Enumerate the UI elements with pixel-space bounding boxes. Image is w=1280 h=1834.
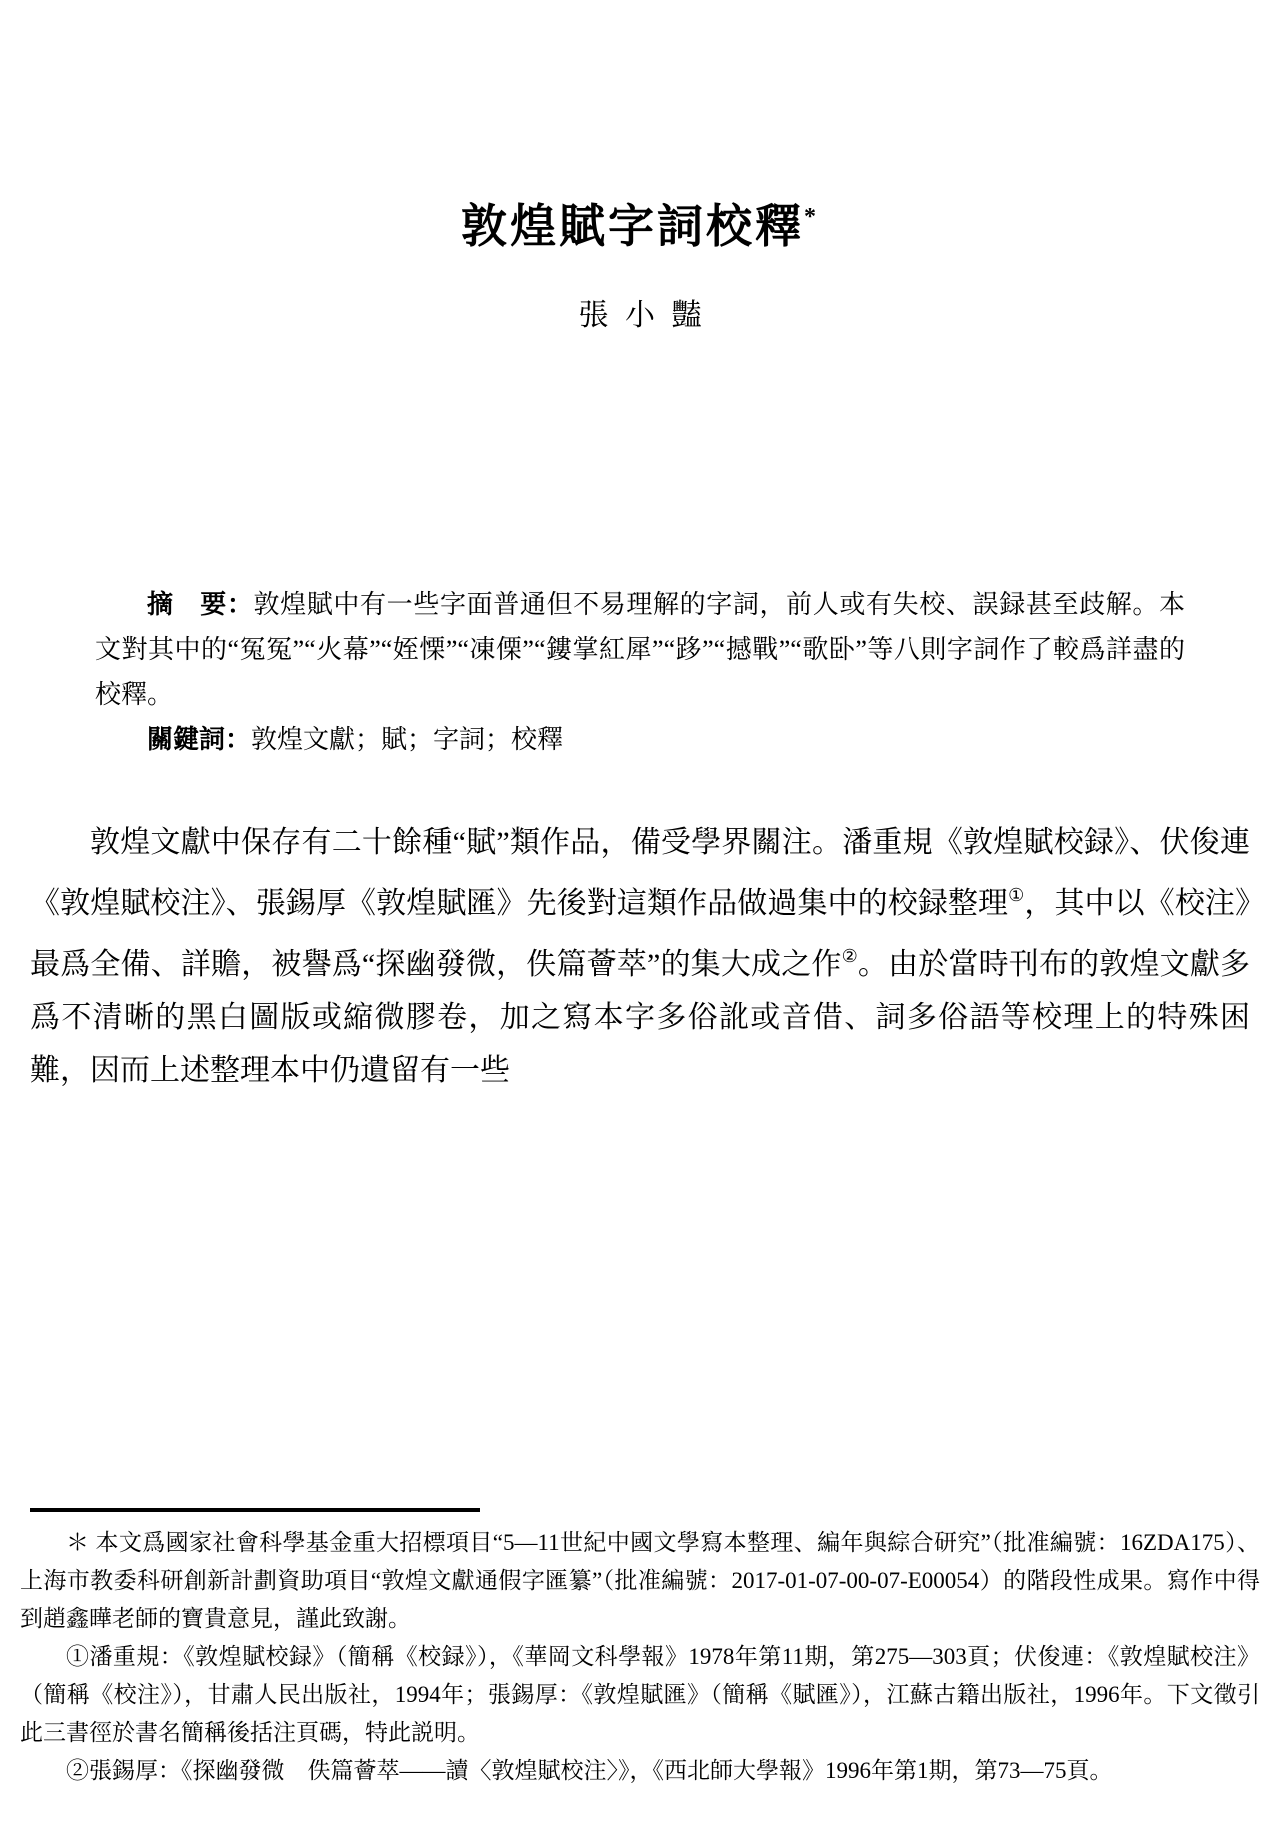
footnote-ref-2: ② <box>842 946 858 966</box>
keywords-text: 敦煌文獻；賦；字詞；校釋 <box>251 725 563 754</box>
footnote-star-text: 本文爲國家社會科學基金重大招標項目“5—11世紀中國文學寫本整理、編年與綜合研究… <box>20 1530 1260 1631</box>
abstract-block: 摘 要：敦煌賦中有一些字面普通但不易理解的字詞，前人或有失校、誤録甚至歧解。本文… <box>95 582 1185 762</box>
page-title: 敦煌賦字詞校釋* <box>0 190 1280 256</box>
footnotes-block: ＊ 本文爲國家社會科學基金重大招標項目“5—11世紀中國文學寫本整理、編年與綜合… <box>20 1524 1260 1790</box>
abstract-paragraph: 摘 要：敦煌賦中有一些字面普通但不易理解的字詞，前人或有失校、誤録甚至歧解。本文… <box>95 582 1185 717</box>
footnote-ref-1: ① <box>1008 885 1024 905</box>
title-footnote-marker: * <box>804 204 819 230</box>
paper-page: 敦煌賦字詞校釋* 張小豔 摘 要：敦煌賦中有一些字面普通但不易理解的字詞，前人或… <box>0 0 1280 1834</box>
keywords-paragraph: 關鍵詞：敦煌文獻；賦；字詞；校釋 <box>95 717 1185 762</box>
footnote-1: ①潘重規：《敦煌賦校録》（簡稱《校録》），《華岡文科學報》1978年第11期，第… <box>20 1638 1260 1752</box>
footnote-2: ②張錫厚：《探幽發微 佚篇薈萃——讀〈敦煌賦校注〉》，《西北師大學報》1996年… <box>20 1752 1260 1790</box>
body-text-block: 敦煌文獻中保存有二十餘種“賦”類作品，備受學界關注。潘重規《敦煌賦校録》、伏俊連… <box>30 816 1250 1097</box>
footnote-2-marker: ② <box>66 1758 89 1783</box>
footnote-1-marker: ① <box>66 1644 89 1669</box>
footnote-1-text: 潘重規：《敦煌賦校録》（簡稱《校録》），《華岡文科學報》1978年第11期，第2… <box>20 1644 1260 1745</box>
body-paragraph: 敦煌文獻中保存有二十餘種“賦”類作品，備受學界關注。潘重規《敦煌賦校録》、伏俊連… <box>30 816 1250 1097</box>
footnote-star-marker: ＊ <box>66 1530 89 1555</box>
footnote-2-text: 張錫厚：《探幽發微 佚篇薈萃——讀〈敦煌賦校注〉》，《西北師大學報》1996年第… <box>89 1758 1113 1783</box>
author-name: 張小豔 <box>0 290 1280 334</box>
abstract-label: 摘 要： <box>147 590 254 619</box>
footnote-divider <box>30 1508 480 1512</box>
keywords-label: 關鍵詞： <box>147 725 251 754</box>
page-title-text: 敦煌賦字詞校釋 <box>461 201 804 252</box>
footnote-star: ＊ 本文爲國家社會科學基金重大招標項目“5—11世紀中國文學寫本整理、編年與綜合… <box>20 1524 1260 1638</box>
abstract-text: 敦煌賦中有一些字面普通但不易理解的字詞，前人或有失校、誤録甚至歧解。本文對其中的… <box>95 590 1185 709</box>
